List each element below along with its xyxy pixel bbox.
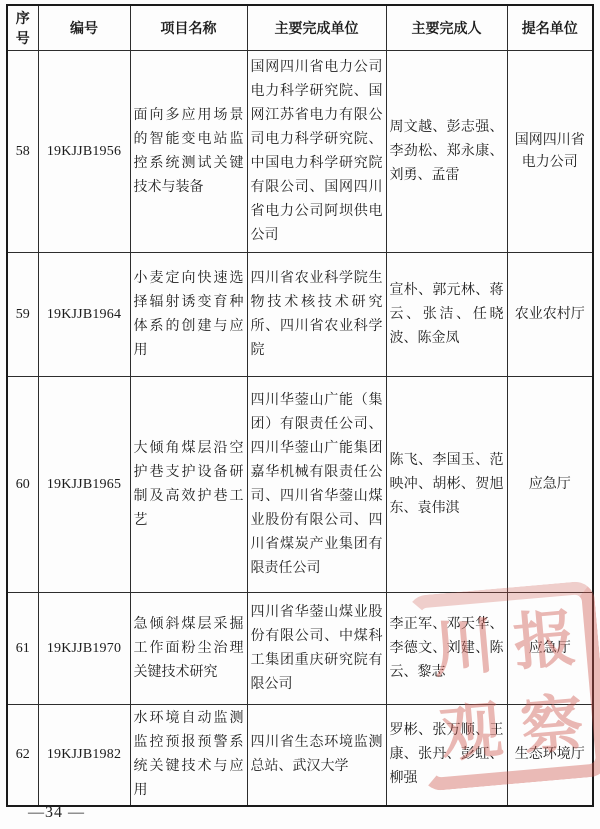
cell-nominating-unit: 应急厅: [507, 377, 593, 593]
awards-table: 序号 编号 项目名称 主要完成单位 主要完成人 提名单位 58 19KJJB19…: [6, 4, 594, 807]
cell-project-name: 面向多应用场景的智能变电站监控系统测试关键技术与装备: [130, 51, 247, 253]
cell-nominating-unit: 应急厅: [507, 593, 593, 705]
header-completing-people: 主要完成人: [386, 5, 507, 51]
table-header-row: 序号 编号 项目名称 主要完成单位 主要完成人 提名单位: [7, 5, 593, 51]
cell-project-name: 大倾角煤层沿空护巷支护设备研制及高效护巷工艺: [130, 377, 247, 593]
cell-completing-units: 四川省华蓥山煤业股份有限公司、中煤科工集团重庆研究院有限公司: [247, 593, 386, 705]
cell-project-code: 19KJJB1956: [38, 51, 130, 253]
cell-nominating-unit: 生态环境厅: [507, 705, 593, 807]
header-completing-units: 主要完成单位: [247, 5, 386, 51]
table-row: 59 19KJJB1964 小麦定向快速选择辐射诱变育种体系的创建与应用 四川省…: [7, 253, 593, 377]
cell-serial-number: 61: [7, 593, 38, 705]
cell-completing-units: 国网四川省电力公司电力科学研究院、国网江苏省电力有限公司电力科学研究院、中国电力…: [247, 51, 386, 253]
cell-completing-people: 罗彬、张万顺、王康、张丹、彭虹、柳强: [386, 705, 507, 807]
cell-completing-people: 周文越、彭志强、李劲松、郑永康、刘勇、孟雷: [386, 51, 507, 253]
cell-project-name: 小麦定向快速选择辐射诱变育种体系的创建与应用: [130, 253, 247, 377]
cell-project-code: 19KJJB1970: [38, 593, 130, 705]
table-row: 62 19KJJB1982 水环境自动监测监控预报预警系统关键技术与应用 四川省…: [7, 705, 593, 807]
cell-completing-units: 四川省农业科学院生物技术核技术研究所、四川省农业科学院: [247, 253, 386, 377]
page-number: —34 —: [28, 804, 85, 822]
cell-completing-units: 四川省生态环境监测总站、武汉大学: [247, 705, 386, 807]
cell-completing-people: 陈飞、李国玉、范映冲、胡彬、贺旭东、袁伟淇: [386, 377, 507, 593]
cell-project-name: 急倾斜煤层采掘工作面粉尘治理关键技术研究: [130, 593, 247, 705]
table-row: 60 19KJJB1965 大倾角煤层沿空护巷支护设备研制及高效护巷工艺 四川华…: [7, 377, 593, 593]
cell-serial-number: 59: [7, 253, 38, 377]
table-row: 58 19KJJB1956 面向多应用场景的智能变电站监控系统测试关键技术与装备…: [7, 51, 593, 253]
header-project-name: 项目名称: [130, 5, 247, 51]
header-nominating-unit: 提名单位: [507, 5, 593, 51]
cell-project-code: 19KJJB1964: [38, 253, 130, 377]
cell-serial-number: 62: [7, 705, 38, 807]
cell-completing-people: 李正军、邓天华、李德文、刘建、陈云、黎志: [386, 593, 507, 705]
table-row: 61 19KJJB1970 急倾斜煤层采掘工作面粉尘治理关键技术研究 四川省华蓥…: [7, 593, 593, 705]
cell-serial-number: 60: [7, 377, 38, 593]
cell-project-code: 19KJJB1965: [38, 377, 130, 593]
cell-nominating-unit: 农业农村厅: [507, 253, 593, 377]
cell-completing-people: 宣朴、郭元林、蒋云、张洁、任晓波、陈金凤: [386, 253, 507, 377]
cell-completing-units: 四川华蓥山广能（集团）有限责任公司、四川华蓥山广能集团嘉华机械有限责任公司、四川…: [247, 377, 386, 593]
header-project-code: 编号: [38, 5, 130, 51]
cell-serial-number: 58: [7, 51, 38, 253]
scanned-document-page: 序号 编号 项目名称 主要完成单位 主要完成人 提名单位 58 19KJJB19…: [0, 0, 600, 829]
header-serial-number: 序号: [7, 5, 38, 51]
cell-nominating-unit: 国网四川省电力公司: [507, 51, 593, 253]
cell-project-code: 19KJJB1982: [38, 705, 130, 807]
cell-project-name: 水环境自动监测监控预报预警系统关键技术与应用: [130, 705, 247, 807]
